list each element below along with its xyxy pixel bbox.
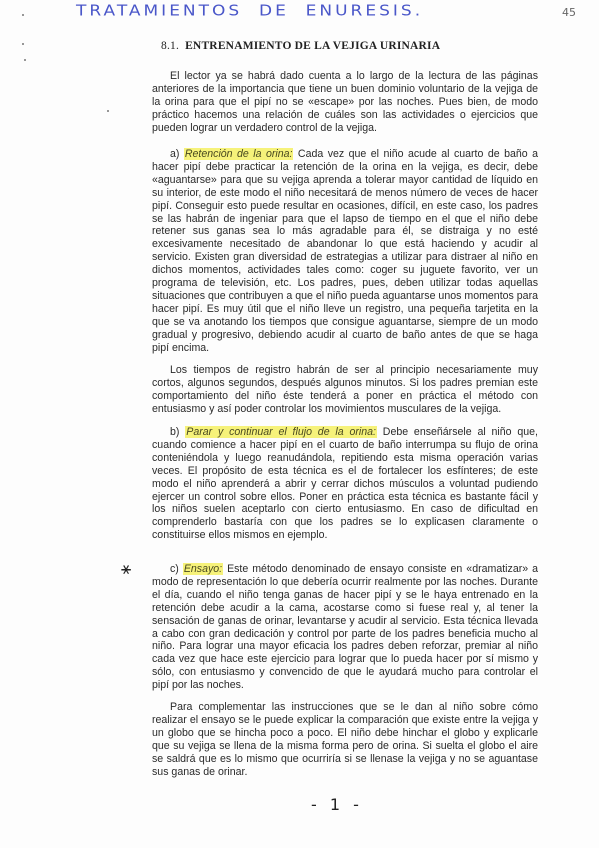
item-a-followup-text: Los tiempos de registro habrán de ser al… — [152, 364, 538, 416]
item-c-highlighted-heading: Ensayo: — [183, 563, 223, 575]
scan-speck — [22, 43, 24, 45]
section-heading: 8.1.ENTRENAMIENTO DE LA VEJIGA URINARIA — [161, 40, 440, 52]
item-a-followup: Los tiempos de registro habrán de ser al… — [152, 364, 538, 416]
item-a-retention: a) Retención de la orina: Cada vez que e… — [152, 148, 538, 355]
scan-speck — [107, 110, 109, 112]
item-c-rehearsal: c) Ensayo: Este método denominado de ens… — [152, 563, 538, 692]
handwritten-title: TRATAMIENTOS DE ENURESIS. — [76, 2, 423, 20]
item-b-highlighted-heading: Parar y continuar el flujo de la orina: — [185, 426, 377, 438]
item-b-text: Debe enseñársele al niño que, cuando com… — [152, 426, 538, 541]
item-b-label: b) — [170, 426, 179, 438]
scan-speck — [22, 14, 24, 16]
item-a-text: Cada vez que el niño acude al cuarto de … — [152, 148, 538, 354]
item-a-label: a) — [170, 148, 179, 160]
item-c-label: c) — [170, 563, 179, 575]
item-c-text: Este método denominado de ensayo consist… — [152, 563, 538, 691]
handwritten-page-number: 45 — [562, 6, 576, 19]
section-number: 8.1. — [161, 40, 179, 52]
item-c-followup-text: Para complementar las instrucciones que … — [152, 701, 538, 778]
scanned-page: TRATAMIENTOS DE ENURESIS. 45 8.1.ENTRENA… — [0, 0, 599, 848]
scan-speck — [24, 59, 26, 61]
item-c-followup: Para complementar las instrucciones que … — [152, 701, 538, 778]
item-a-highlighted-heading: Retención de la orina: — [184, 148, 294, 160]
intro-text: El lector ya se habrá dado cuenta a lo l… — [152, 70, 538, 135]
item-b-stop-flow: b) Parar y continuar el flujo de la orin… — [152, 426, 538, 542]
section-title: ENTRENAMIENTO DE LA VEJIGA URINARIA — [185, 40, 440, 52]
footer-page-number: - 1 - — [311, 795, 363, 814]
handwritten-asterisk-icon: ⚹ — [121, 559, 131, 579]
intro-paragraph: El lector ya se habrá dado cuenta a lo l… — [152, 70, 538, 135]
